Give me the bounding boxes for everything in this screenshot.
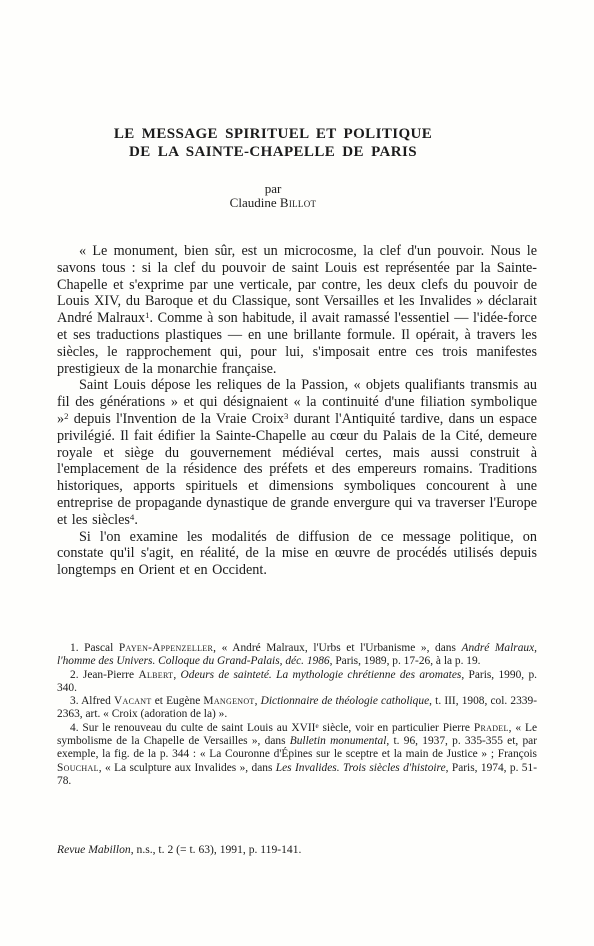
- author-name: Claudine Billot: [57, 196, 489, 210]
- article-title: LE MESSAGE SPIRITUEL ET POLITIQUE DE LA …: [57, 126, 489, 161]
- title-line-2: DE LA SAINTE-CHAPELLE DE PARIS: [57, 144, 489, 162]
- title-line-1: LE MESSAGE SPIRITUEL ET POLITIQUE: [57, 126, 489, 144]
- footnote-2: 2. Jean-Pierre Albert, Odeurs de saintet…: [57, 669, 537, 696]
- byline: par Claudine Billot: [57, 182, 489, 210]
- body-paragraph-3: Si l'on examine les modalités de diffusi…: [57, 529, 537, 579]
- footnote-4: 4. Sur le renouveau du culte de saint Lo…: [57, 722, 537, 788]
- article-header: LE MESSAGE SPIRITUEL ET POLITIQUE DE LA …: [57, 126, 489, 210]
- footnote-3: 3. Alfred Vacant et Eugène Mangenot, Dic…: [57, 695, 537, 722]
- byline-prefix: par: [57, 182, 489, 196]
- footnote-1: 1. Pascal Payen-Appenzeller, « André Mal…: [57, 642, 537, 669]
- journal-footer: Revue Mabillon, n.s., t. 2 (= t. 63), 19…: [57, 843, 537, 856]
- article-body: « Le monument, bien sûr, est un microcos…: [57, 243, 537, 579]
- page: LE MESSAGE SPIRITUEL ET POLITIQUE DE LA …: [0, 0, 594, 946]
- footnotes-block: 1. Pascal Payen-Appenzeller, « André Mal…: [57, 642, 537, 788]
- body-paragraph-2: Saint Louis dépose les reliques de la Pa…: [57, 377, 537, 528]
- body-paragraph-1: « Le monument, bien sûr, est un microcos…: [57, 243, 537, 377]
